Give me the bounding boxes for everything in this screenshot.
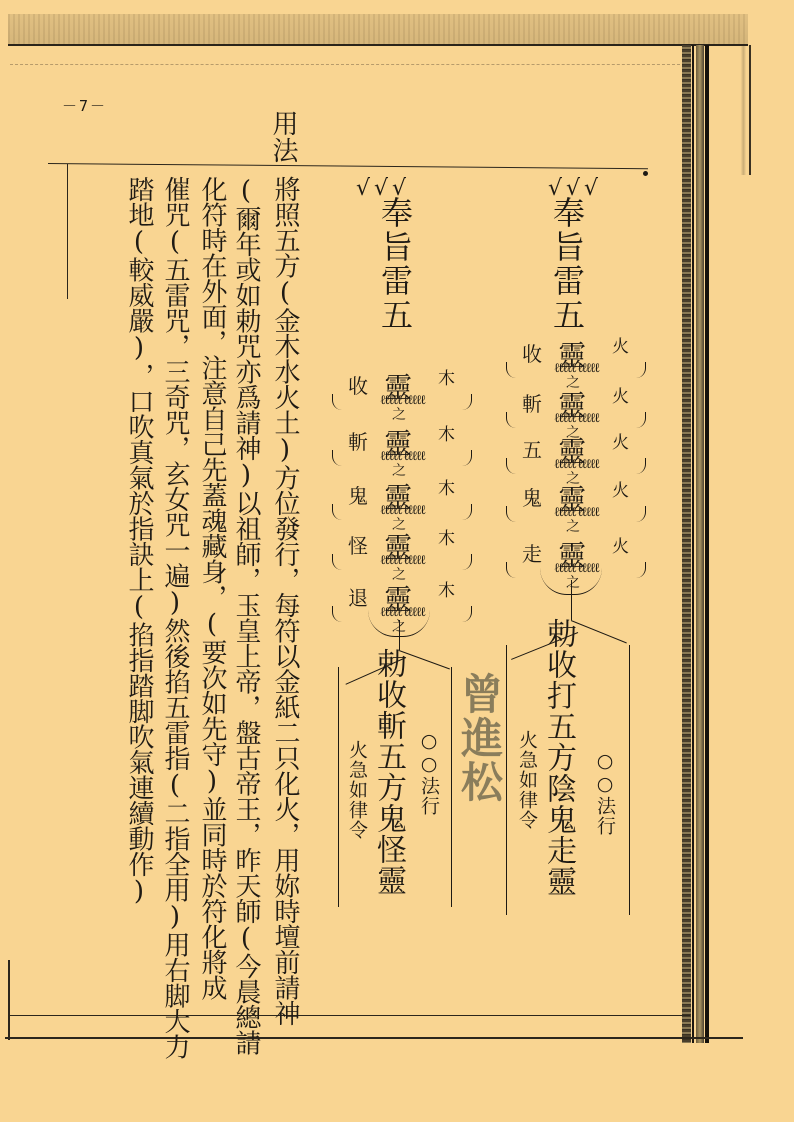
row-element: 木 [438, 420, 455, 445]
page-number: －7－ [62, 95, 107, 116]
instruction-column-1: 將照五方(金木水火土)方位發行，每符以金紙二只化火，用妳時壇前請神 [270, 176, 300, 1026]
page-curl [735, 45, 751, 175]
talisman-fire: √√√ 奉旨雷五 收 靈 火 ℓℓℓℓℓ ℓℓℓℓℓ 之 斬 靈 火 ℓℓℓℓℓ… [490, 170, 660, 930]
talisman-row: 鬼 靈 木 ℓℓℓℓℓ ℓℓℓℓℓ 之 [326, 480, 476, 524]
scan-bottom-edge [5, 1037, 743, 1039]
talisman-row: 鬼 靈 火 ℓℓℓℓℓ ℓℓℓℓℓ 之 [500, 482, 650, 526]
row-element: 火 [612, 382, 629, 407]
row-zhi: 之 [566, 516, 580, 536]
row-element: 火 [612, 532, 629, 557]
talisman-row: 收 靈 木 ℓℓℓℓℓ ℓℓℓℓℓ 之 [326, 370, 476, 414]
talisman-body-text: 勅收斬五方鬼怪靈 [372, 648, 404, 896]
frame-left-rule [67, 164, 68, 299]
bottle-roof-right [571, 620, 627, 643]
talisman-marks: ○○法行 [418, 730, 440, 816]
talisman-row: 怪 靈 木 ℓℓℓℓℓ ℓℓℓℓℓ 之 [326, 530, 476, 574]
stem-line [571, 580, 572, 620]
row-element: 木 [438, 474, 455, 499]
instruction-column-4: 催咒(五雷咒，三奇咒，玄女咒一遍)然後掐五雷指(二指全用)用右脚大力 [160, 176, 190, 1059]
talisman-row: 斬 靈 木 ℓℓℓℓℓ ℓℓℓℓℓ 之 [326, 426, 476, 470]
talisman-row: 五 靈 火 ℓℓℓℓℓ ℓℓℓℓℓ 之 [500, 434, 650, 478]
talisman-row: 收 靈 火 ℓℓℓℓℓ ℓℓℓℓℓ 之 [500, 338, 650, 382]
talisman-wood: √√√ 奉旨雷五 收 靈 木 ℓℓℓℓℓ ℓℓℓℓℓ 之 斬 靈 木 ℓℓℓℓℓ… [320, 170, 480, 930]
row-zhi: 之 [392, 404, 406, 424]
talisman-body-text: 勅收打五方陰鬼走靈 [542, 618, 574, 897]
scan-top-edge [8, 14, 748, 46]
row-element: 火 [612, 476, 629, 501]
frame-bottom-rule [8, 1015, 690, 1016]
row-element: 木 [438, 524, 455, 549]
row-element: 火 [612, 428, 629, 453]
faint-rule [10, 64, 680, 65]
instruction-column-5: 踏地(較威嚴)，口吹真氣於指訣上(掐指踏脚吹氣連續動作) [124, 176, 154, 906]
row-element: 木 [438, 576, 455, 601]
talisman-title: 奉旨雷五 [378, 196, 412, 332]
talisman-row: 斬 靈 火 ℓℓℓℓℓ ℓℓℓℓℓ 之 [500, 388, 650, 432]
stem-line [399, 620, 400, 650]
frame-top-rule [48, 163, 648, 169]
instruction-column-3: 化符時在外面，注意自己先蓋魂藏身，(要次如先守)並同時於符化將成 [197, 176, 227, 1000]
row-element: 木 [438, 364, 455, 389]
talisman-title: 奉旨雷五 [550, 196, 584, 332]
scan-left-edge [8, 960, 10, 1040]
talisman-command: 火急如律令 [346, 740, 368, 840]
talisman-command: 火急如律令 [516, 730, 538, 830]
name-stamp: 曾進松 [456, 672, 502, 804]
instruction-column-2: (爾年或如勅咒亦爲請神)以祖師，玉皇上帝，盤古帝王，昨天師(今晨總請 [231, 176, 261, 1055]
book-spine [682, 45, 714, 1043]
talisman-marks: ○○法行 [594, 750, 616, 836]
row-element: 火 [612, 332, 629, 357]
instructions-heading: 用法 [268, 110, 298, 164]
